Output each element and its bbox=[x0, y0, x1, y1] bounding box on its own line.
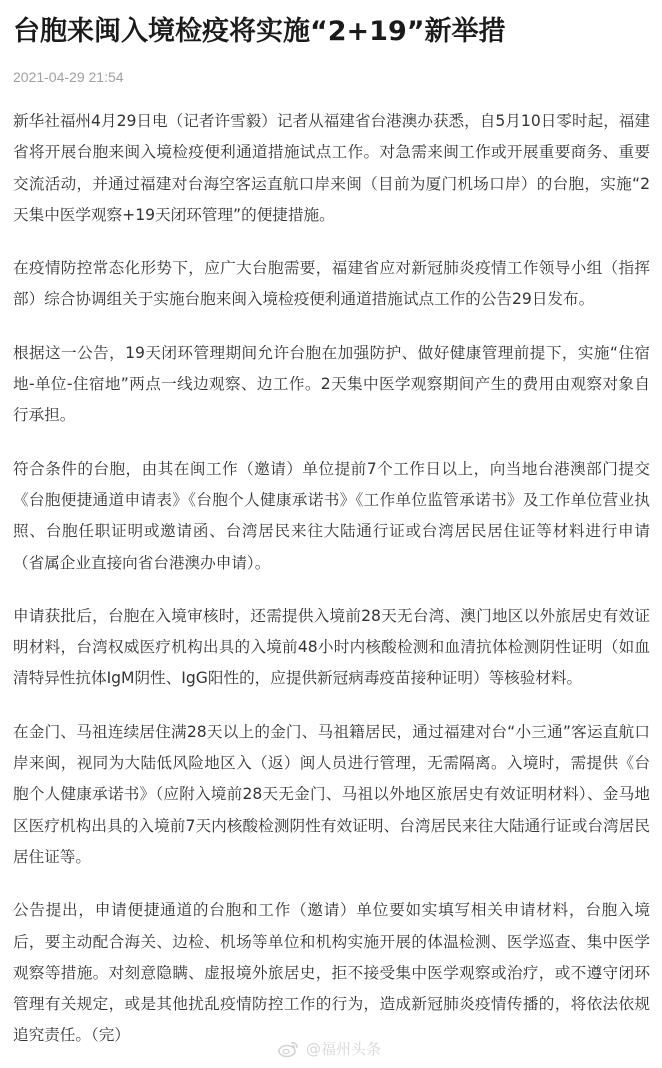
article: 台胞来闽入境检疫将实施“2+19”新举措 2021-04-29 21:54 新华… bbox=[0, 0, 662, 1052]
watermark-text: @福州头条 bbox=[306, 1038, 381, 1059]
weibo-icon bbox=[278, 1040, 300, 1058]
paragraph-1: 新华社福州4月29日电（记者许雪毅）记者从福建省台港澳办获悉，自5月10日零时起… bbox=[13, 106, 650, 231]
paragraph-4: 符合条件的台胞，由其在闽工作（邀请）单位提前7个工作日以上，向当地台港澳部门提交… bbox=[13, 454, 650, 579]
paragraph-7: 公告提出，申请便捷通道的台胞和工作（邀请）单位要如实填写相关申请材料，台胞入境后… bbox=[13, 895, 650, 1051]
paragraph-3: 根据这一公告，19天闭环管理期间允许台胞在加强防护、做好健康管理前提下，实施“住… bbox=[13, 338, 650, 432]
paragraph-6: 在金门、马祖连续居住满28天以上的金门、马祖籍居民，通过福建对台“小三通”客运直… bbox=[13, 717, 650, 873]
article-body: 新华社福州4月29日电（记者许雪毅）记者从福建省台港澳办获悉，自5月10日零时起… bbox=[13, 106, 650, 1052]
paragraph-5: 申请获批后，台胞在入境审核时，还需提供入境前28天无台湾、澳门地区以外旅居史有效… bbox=[13, 601, 650, 695]
watermark: @福州头条 bbox=[278, 1038, 381, 1059]
publish-datetime: 2021-04-29 21:54 bbox=[13, 68, 650, 86]
paragraph-2: 在疫情防控常态化形势下，应广大台胞需要，福建省应对新冠肺炎疫情工作领导小组（指挥… bbox=[13, 253, 650, 316]
article-title: 台胞来闽入境检疫将实施“2+19”新举措 bbox=[13, 12, 650, 52]
